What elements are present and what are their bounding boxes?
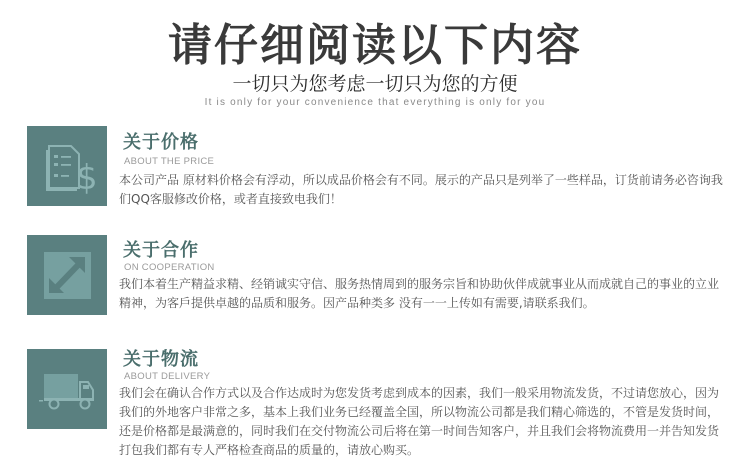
section-title: 关于物流 — [123, 350, 199, 370]
english-tagline: It is only for your convenience that eve… — [0, 97, 750, 109]
resize-arrows-icon — [27, 235, 107, 315]
main-title: 请仔细阅读以下内容 — [0, 22, 750, 70]
section-title: 关于合作 — [123, 241, 199, 261]
section-subtitle: ABOUT THE PRICE — [124, 156, 214, 167]
section-subtitle: ON COOPERATION — [124, 262, 215, 273]
section-subtitle: ABOUT DELIVERY — [124, 371, 210, 382]
section-body: 我们会在确认合作方式以及合作达成时为您发货考虑到成本的因素，我们一般采用物流发货… — [119, 384, 725, 460]
sub-title: 一切只为您考虑一切只为您的方便 — [0, 73, 750, 95]
section-body: 本公司产品 原材料价格会有浮动，所以成品价格会有不同。展示的产品只是列举了一些样… — [119, 171, 725, 209]
price-list-dollar-icon: $ — [27, 126, 107, 206]
section-title: 关于价格 — [123, 133, 199, 153]
svg-text:$: $ — [76, 158, 98, 198]
delivery-truck-icon — [27, 349, 107, 429]
section-body: 我们本着生产精益求精、经销诚实守信、服务热情周到的服务宗旨和协助伙伴成就事业从而… — [119, 275, 725, 313]
